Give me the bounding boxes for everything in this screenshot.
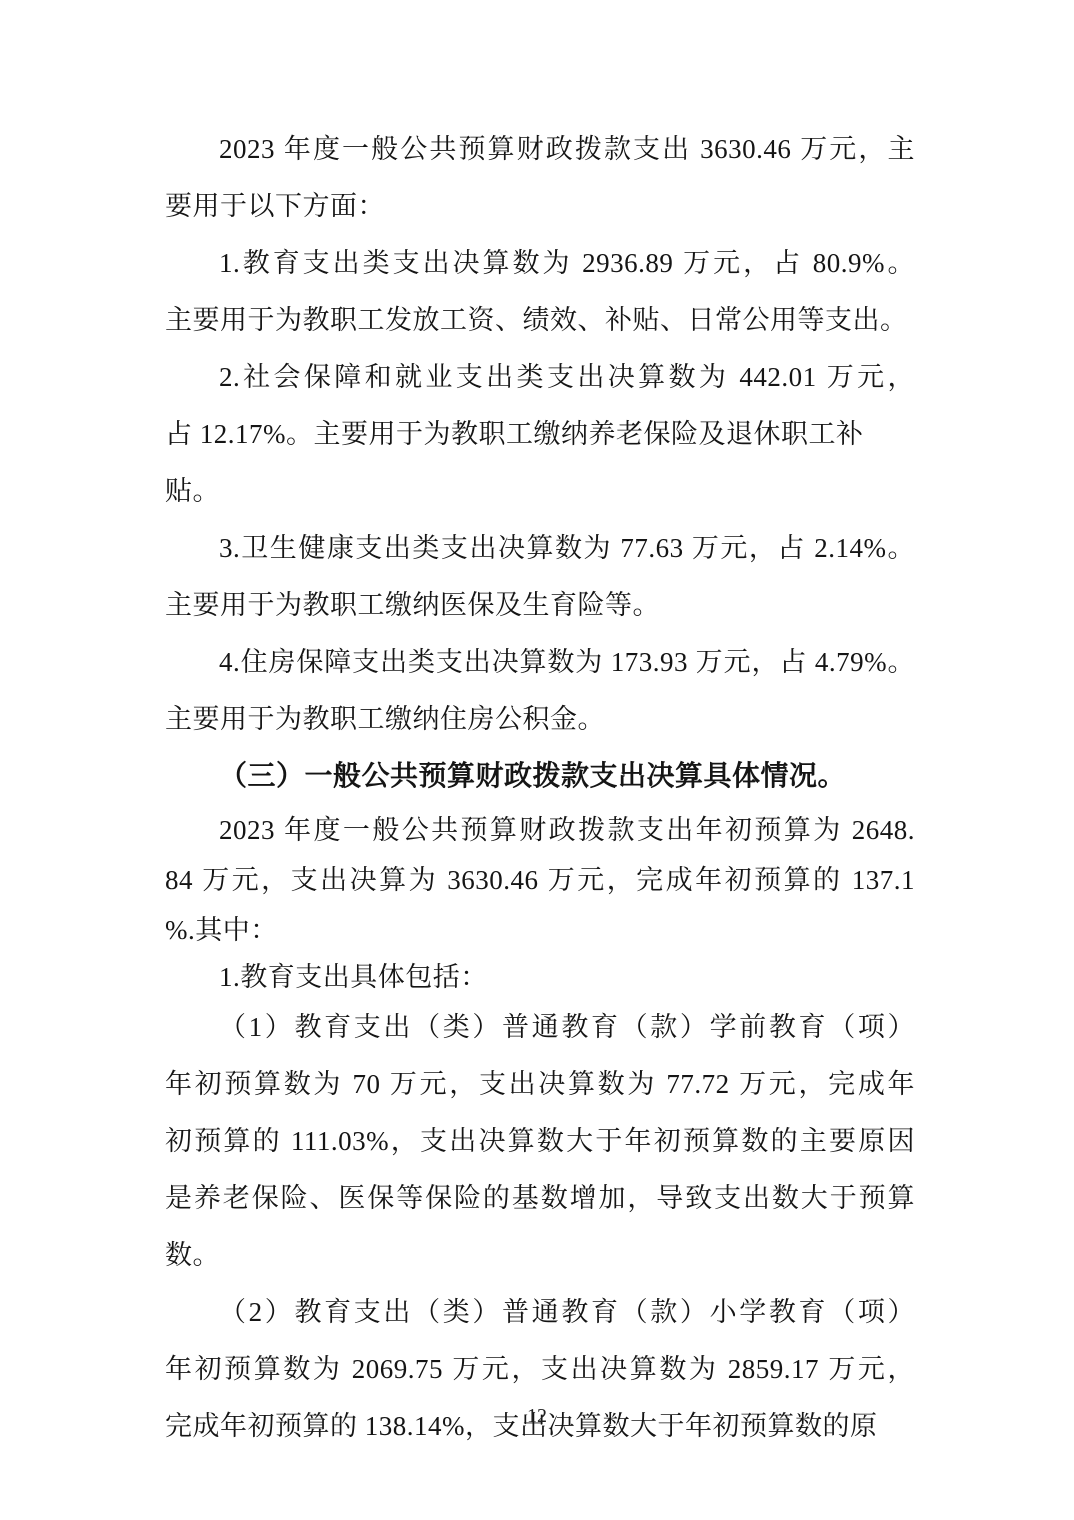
paragraph: 2.社会保障和就业支出类支出决算数为 442.01 万元，占 12.17%。主要… (165, 349, 915, 520)
text-line: 初预算的 111.03%，支出决算数大于年初预算数的主要原因 (165, 1113, 915, 1170)
section-heading: （三）一般公共预算财政拨款支出决算具体情况。 (165, 748, 915, 805)
paragraph: （1）教育支出（类）普通教育（款）学前教育（项）年初预算数为 70 万元，支出决… (165, 999, 915, 1284)
text-line: 占 12.17%。主要用于为教职工缴纳养老保险及退休职工补贴。 (165, 406, 915, 520)
text-line: 1.教育支出具体包括： (165, 955, 915, 999)
text-line: 2023 年度一般公共预算财政拨款支出年初预算为 2648. (165, 805, 915, 855)
text-line: 主要用于为教职工缴纳住房公积金。 (165, 691, 915, 748)
text-line: 1.教育支出类支出决算数为 2936.89 万元，占 80.9%。 (165, 235, 915, 292)
paragraph: 3.卫生健康支出类支出决算数为 77.63 万元，占 2.14%。主要用于为教职… (165, 520, 915, 634)
text-line: %.其中： (165, 905, 915, 955)
page-number: 12 (527, 1405, 547, 1427)
text-line: 要用于以下方面： (165, 178, 915, 235)
text-line: （2）教育支出（类）普通教育（款）小学教育（项） (165, 1284, 915, 1341)
text-line: 主要用于为教职工缴纳医保及生育险等。 (165, 577, 915, 634)
text-line: （三）一般公共预算财政拨款支出决算具体情况。 (165, 748, 915, 805)
text-line: 3.卫生健康支出类支出决算数为 77.63 万元，占 2.14%。 (165, 520, 915, 577)
paragraph: （2）教育支出（类）普通教育（款）小学教育（项）年初预算数为 2069.75 万… (165, 1284, 915, 1455)
text-line: 主要用于为教职工发放工资、绩效、补贴、日常公用等支出。 (165, 292, 915, 349)
text-line: 年初预算数为 2069.75 万元，支出决算数为 2859.17 万元， (165, 1341, 915, 1398)
text-line: 2.社会保障和就业支出类支出决算数为 442.01 万元， (165, 349, 915, 406)
text-line: 4.住房保障支出类支出决算数为 173.93 万元，占 4.79%。 (165, 634, 915, 691)
text-line: 数。 (165, 1227, 915, 1284)
paragraph: 1.教育支出类支出决算数为 2936.89 万元，占 80.9%。主要用于为教职… (165, 235, 915, 349)
document-body: 2023 年度一般公共预算财政拨款支出 3630.46 万元，主要用于以下方面：… (165, 121, 915, 1455)
text-line: 是养老保险、医保等保险的基数增加，导致支出数大于预算 (165, 1170, 915, 1227)
text-line: 年初预算数为 70 万元，支出决算数为 77.72 万元，完成年 (165, 1056, 915, 1113)
text-line: （1）教育支出（类）普通教育（款）学前教育（项） (165, 999, 915, 1056)
text-line: 84 万元，支出决算为 3630.46 万元，完成年初预算的 137.1 (165, 855, 915, 905)
paragraph: 1.教育支出具体包括： (165, 955, 915, 999)
page-footer: 12 (0, 1404, 1074, 1428)
paragraph: 2023 年度一般公共预算财政拨款支出年初预算为 2648.84 万元，支出决算… (165, 805, 915, 955)
paragraph: 2023 年度一般公共预算财政拨款支出 3630.46 万元，主要用于以下方面： (165, 121, 915, 235)
text-line: 2023 年度一般公共预算财政拨款支出 3630.46 万元，主 (165, 121, 915, 178)
document-page: 2023 年度一般公共预算财政拨款支出 3630.46 万元，主要用于以下方面：… (0, 0, 1074, 1520)
paragraph: 4.住房保障支出类支出决算数为 173.93 万元，占 4.79%。主要用于为教… (165, 634, 915, 748)
